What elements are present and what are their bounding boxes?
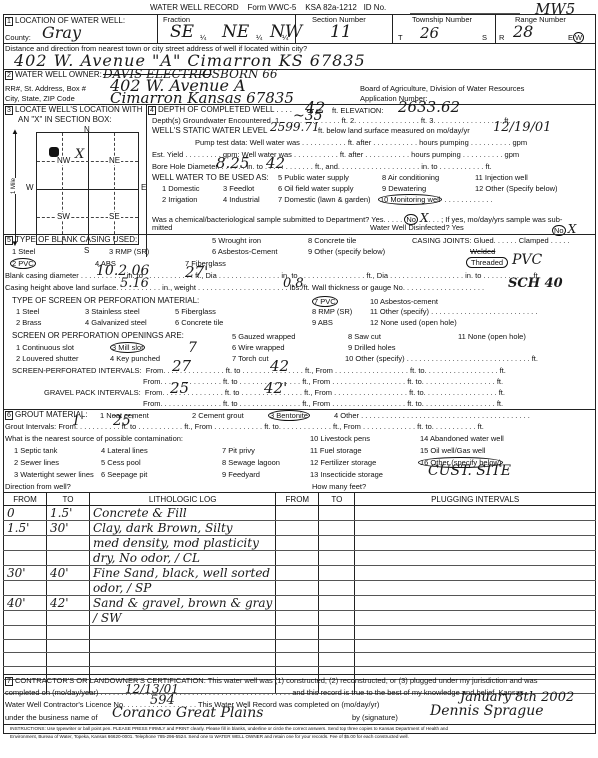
- elevation-field[interactable]: 2633.62: [398, 98, 460, 116]
- col-plug-to: TO: [319, 493, 355, 506]
- bore-row: Bore Hole Diameter. . . . . . . in. to .…: [152, 162, 492, 171]
- screen-intervals-row-2: From. . . . . . . . . . . . . . . ft. to…: [143, 377, 503, 386]
- gravel-to-field[interactable]: 42': [264, 379, 287, 397]
- screen-6[interactable]: 6 Concrete tile: [175, 318, 223, 327]
- disinfected-row: Water Well Disinfected? Yes: [370, 223, 464, 232]
- use-10-selected[interactable]: 10 Monitoring well . . . . . . . . . . .…: [378, 194, 492, 205]
- west-label: W: [26, 183, 34, 192]
- north-label: N: [84, 125, 90, 134]
- log-desc[interactable]: [90, 653, 276, 667]
- static-level-label: WELL'S STATIC WATER LEVEL: [152, 126, 267, 135]
- use-11[interactable]: 11 Injection well: [475, 173, 528, 182]
- plug-interval[interactable]: [355, 626, 596, 640]
- county-field[interactable]: Gray: [42, 23, 81, 42]
- casing-2-selected[interactable]: 2 PVC: [10, 258, 36, 269]
- plug-from[interactable]: [276, 596, 319, 611]
- township-label: Township Number: [412, 15, 472, 24]
- section2-title: 2WATER WELL OWNER:: [5, 70, 102, 80]
- screen-5[interactable]: 5 Fiberglass: [175, 307, 216, 316]
- opening-5[interactable]: 5 Gauzed wrapped: [232, 332, 295, 341]
- plug-interval[interactable]: [355, 551, 596, 566]
- joint-threaded-selected[interactable]: Threaded: [466, 257, 508, 268]
- screen-7-selected[interactable]: 7 PVC: [312, 296, 338, 307]
- board-label: Board of Agriculture, Division of Water …: [360, 84, 524, 93]
- opening-3-selected[interactable]: 3 Mill slot: [110, 342, 145, 353]
- weight-field[interactable]: 0.8: [283, 276, 304, 291]
- log-desc[interactable]: dry, No odor, / CL: [90, 551, 276, 566]
- casing-to-field[interactable]: 27': [185, 263, 208, 281]
- fraction-1[interactable]: SE: [170, 22, 194, 42]
- log-to[interactable]: 30': [47, 521, 90, 536]
- log-desc[interactable]: odor, / SP: [90, 581, 276, 596]
- casing-6[interactable]: 6 Asbestos-Cement: [212, 247, 277, 256]
- log-from[interactable]: [4, 551, 47, 566]
- mitted-label: mitted: [152, 223, 172, 232]
- log-to[interactable]: [47, 611, 90, 626]
- log-desc[interactable]: med density, mod plasticity: [90, 536, 276, 551]
- completed-row: completed on (mo/day/year) . . . . . . .…: [5, 688, 524, 697]
- township-field[interactable]: 26: [420, 24, 439, 42]
- table-row: / SW: [4, 611, 596, 626]
- groundwater-label: Depth(s) Groundwater Encountered 1. . . …: [152, 116, 510, 125]
- instructions-line1: INSTRUCTIONS: Use typewriter or ball poi…: [10, 726, 448, 731]
- sample-row: Was a chemical/bacteriological sample su…: [152, 211, 562, 225]
- screen-from-field[interactable]: 27: [172, 357, 191, 375]
- bore-diameter-field[interactable]: 8.25: [216, 154, 249, 172]
- range-r: R: [499, 33, 504, 42]
- log-desc[interactable]: Concrete & Fill: [90, 506, 276, 521]
- city-label: City, State, ZIP Code: [5, 94, 75, 103]
- quadrant-ne: NE: [108, 156, 121, 165]
- fraction-2[interactable]: NE: [222, 22, 249, 42]
- table-row: [4, 626, 596, 640]
- screen-3[interactable]: 3 Stainless steel: [85, 307, 140, 316]
- opening-10[interactable]: 10 Other (specify) . . . . . . . . . . .…: [345, 354, 538, 363]
- table-row: med density, mod plasticity: [4, 536, 596, 551]
- screen-2[interactable]: 2 Brass: [16, 318, 41, 327]
- opening-6[interactable]: 6 Wire wrapped: [232, 343, 285, 352]
- address-label: RR#, St. Address, Box #: [5, 84, 86, 93]
- screen-1[interactable]: 1 Steel: [16, 307, 39, 316]
- opening-1[interactable]: 1 Continuous slot: [16, 343, 74, 352]
- opening-11[interactable]: 11 None (open hole): [458, 332, 526, 341]
- plug-to[interactable]: [319, 566, 355, 581]
- record-title: WATER WELL RECORD: [150, 3, 239, 12]
- casing-height-row: Casing height above land surface. . . . …: [5, 283, 484, 292]
- source-11[interactable]: 11 Fuel storage: [310, 446, 362, 455]
- annotation-7: 7: [188, 340, 197, 356]
- plug-interval[interactable]: [355, 566, 596, 581]
- plug-from[interactable]: [276, 551, 319, 566]
- plug-from[interactable]: [276, 506, 319, 521]
- pump-test-row: Pump test data: Well water was . . . . .…: [195, 138, 527, 147]
- plug-interval[interactable]: [355, 521, 596, 536]
- screen-intervals-row: SCREEN-PERFORATED INTERVALS: From. . . .…: [12, 366, 506, 375]
- source-14[interactable]: 14 Abandoned water well: [420, 434, 504, 443]
- log-from[interactable]: 0: [4, 506, 47, 521]
- log-to[interactable]: [47, 551, 90, 566]
- plug-from[interactable]: [276, 626, 319, 640]
- direction-label: Direction from well?: [5, 482, 71, 491]
- log-desc[interactable]: Clay, dark Brown, Silty: [90, 521, 276, 536]
- source-1[interactable]: 1 Septic tank: [14, 446, 57, 455]
- screen-11[interactable]: 11 Other (specify) . . . . . . . . . . .…: [370, 307, 537, 316]
- log-to[interactable]: 40': [47, 566, 90, 581]
- plug-to[interactable]: [319, 596, 355, 611]
- plug-interval[interactable]: [355, 596, 596, 611]
- screen-9[interactable]: 9 ABS: [312, 318, 333, 327]
- table-row: odor, / SP: [4, 581, 596, 596]
- log-from[interactable]: 40': [4, 596, 47, 611]
- how-many-feet-label: How many feet?: [312, 482, 366, 491]
- casing-8[interactable]: 8 Concrete tile: [308, 236, 356, 245]
- mile-label: 1 Mile: [11, 178, 17, 194]
- quarter-mark: ¼: [200, 33, 206, 42]
- log-from[interactable]: [4, 626, 47, 640]
- screen-to-field[interactable]: 42: [270, 357, 289, 375]
- well-location-x: X: [75, 147, 84, 162]
- static-date-field[interactable]: 12/19/01: [493, 120, 551, 135]
- col-lithologic-log: LITHOLOGIC LOG: [90, 493, 276, 506]
- plug-interval[interactable]: [355, 639, 596, 653]
- casing-1[interactable]: 1 Steel: [12, 247, 35, 256]
- arrow-up-icon: ▲: [11, 127, 19, 136]
- log-to[interactable]: 1.5': [47, 506, 90, 521]
- grout-2[interactable]: 2 Cement grout: [192, 411, 244, 420]
- plug-to[interactable]: [319, 506, 355, 521]
- casing-3[interactable]: 3 RMP (SR): [109, 247, 149, 256]
- statute: KSA 82a-1212: [305, 3, 357, 12]
- log-to[interactable]: [47, 536, 90, 551]
- south-label: S: [84, 246, 89, 255]
- use-1[interactable]: 1 Domestic: [162, 184, 200, 193]
- log-to[interactable]: [47, 653, 90, 667]
- plug-interval[interactable]: [355, 506, 596, 521]
- log-from[interactable]: [4, 653, 47, 667]
- source-5[interactable]: 5 Cess pool: [101, 458, 141, 467]
- plug-to[interactable]: [319, 581, 355, 596]
- use-8[interactable]: 8 Air conditioning: [382, 173, 439, 182]
- plug-interval[interactable]: [355, 653, 596, 667]
- opening-7[interactable]: 7 Torch cut: [232, 354, 269, 363]
- plug-to[interactable]: [319, 611, 355, 626]
- signature-field[interactable]: Dennis Sprague: [430, 703, 544, 719]
- screen-12[interactable]: 12 None used (open hole): [370, 318, 457, 327]
- plug-from[interactable]: [276, 639, 319, 653]
- log-from[interactable]: 30': [4, 566, 47, 581]
- use-9[interactable]: 9 Dewatering: [382, 184, 426, 193]
- log-from[interactable]: [4, 639, 47, 653]
- gravel-intervals-row-2: From. . . . . . . . . . . . . . . ft. to…: [143, 399, 503, 408]
- plug-to[interactable]: [319, 521, 355, 536]
- other-source-field[interactable]: CUST. SITE: [428, 463, 511, 479]
- quarter-mark: ¼: [282, 33, 288, 42]
- plug-interval[interactable]: [355, 581, 596, 596]
- grout-to-field[interactable]: 25': [113, 413, 135, 429]
- static-level-field[interactable]: 2599.71: [270, 120, 320, 134]
- plug-to[interactable]: [319, 653, 355, 667]
- log-from[interactable]: [4, 536, 47, 551]
- screen-10[interactable]: 10 Asbestos-cement: [370, 297, 438, 306]
- log-desc[interactable]: [90, 639, 276, 653]
- gravel-from-field[interactable]: 25: [170, 379, 189, 397]
- col-to: TO: [47, 493, 90, 506]
- scribble-mark: [49, 147, 59, 157]
- section3-subtitle: AN "X" IN SECTION BOX:: [18, 115, 112, 124]
- range-ew[interactable]: EW: [568, 32, 584, 43]
- table-row: 01.5'Concrete & Fill: [4, 506, 596, 521]
- static-suffix: ft. below land surface measured on mo/da…: [318, 126, 470, 135]
- wall-thickness-field[interactable]: SCH 40: [508, 276, 563, 291]
- plug-interval[interactable]: [355, 611, 596, 626]
- township-t: T: [398, 33, 403, 42]
- source-4[interactable]: 4 Lateral lines: [101, 446, 148, 455]
- log-desc[interactable]: Fine Sand, black, well sorted: [90, 566, 276, 581]
- section3-title: 3LOCATE WELL'S LOCATION WITH: [5, 105, 142, 115]
- source-9[interactable]: 9 Feedyard: [222, 470, 260, 479]
- table-row: 1.5'30'Clay, dark Brown, Silty: [4, 521, 596, 536]
- log-desc[interactable]: [90, 626, 276, 640]
- opening-8[interactable]: 8 Saw cut: [348, 332, 381, 341]
- source-7[interactable]: 7 Pit privy: [222, 446, 255, 455]
- est-yield-row: Est. Yield . . . . . . . . . gpm: Well w…: [152, 150, 519, 159]
- source-2[interactable]: 2 Sewer lines: [14, 458, 59, 467]
- quadrant-sw: SW: [56, 212, 71, 221]
- source-6[interactable]: 6 Seepage pit: [101, 470, 147, 479]
- plug-interval[interactable]: [355, 536, 596, 551]
- plug-to[interactable]: [319, 536, 355, 551]
- opening-9[interactable]: 9 Drilled holes: [348, 343, 396, 352]
- quadrant-nw: NW: [56, 156, 71, 165]
- log-to[interactable]: [47, 639, 90, 653]
- grout-3-selected[interactable]: 3 Bentonite: [268, 410, 310, 421]
- section4-title: 4DEPTH OF COMPLETED WELL . . . .: [148, 105, 292, 115]
- joint-welded[interactable]: Welded: [470, 247, 495, 256]
- source-8[interactable]: 8 Sewage lagoon: [222, 458, 280, 467]
- plug-from[interactable]: [276, 521, 319, 536]
- log-to[interactable]: [47, 626, 90, 640]
- section-field[interactable]: 11: [330, 22, 352, 42]
- contamination-label: What is the nearest source of possible c…: [5, 434, 183, 443]
- section-box-grid[interactable]: NW NE SW SE X: [36, 132, 139, 245]
- source-3[interactable]: 3 Watertight sewer lines: [14, 470, 94, 479]
- casing-diameter-row: Blank casing diameter . . . . . . . . . …: [5, 271, 540, 280]
- joints-row: CASING JOINTS: Glued. . . . . . Clamped …: [412, 236, 570, 245]
- use-4[interactable]: 4 Industrial: [223, 195, 260, 204]
- source-13[interactable]: 13 Insecticide storage: [310, 470, 383, 479]
- log-from[interactable]: [4, 581, 47, 596]
- east-label: E: [141, 183, 146, 192]
- use-12[interactable]: 12 Other (Specify below): [475, 184, 558, 193]
- casing-5[interactable]: 5 Wrought iron: [212, 236, 261, 245]
- col-plug-from: FROM: [276, 493, 319, 506]
- range-field[interactable]: 28: [513, 22, 533, 41]
- source-15[interactable]: 15 Oil well/Gas well: [420, 446, 485, 455]
- log-desc[interactable]: Sand & gravel, brown & gray: [90, 596, 276, 611]
- plug-from[interactable]: [276, 581, 319, 596]
- use-label: WELL WATER TO BE USED AS:: [152, 173, 269, 182]
- plug-from[interactable]: [276, 611, 319, 626]
- use-6[interactable]: 6 Oil field water supply: [278, 184, 353, 193]
- log-from[interactable]: [4, 611, 47, 626]
- form-number: Form WWC-5: [248, 3, 297, 12]
- use-3[interactable]: 3 Feedlot: [223, 184, 254, 193]
- plug-to[interactable]: [319, 551, 355, 566]
- table-row: [4, 639, 596, 653]
- use-7[interactable]: 7 Domestic (lawn & garden): [278, 195, 371, 204]
- col-plugging-intervals: PLUGGING INTERVALS: [355, 493, 596, 506]
- use-5[interactable]: 5 Public water supply: [278, 173, 349, 182]
- log-to[interactable]: 42': [47, 596, 90, 611]
- log-from[interactable]: 1.5': [4, 521, 47, 536]
- lithologic-log-table: FROM TO LITHOLOGIC LOG FROM TO PLUGGING …: [3, 492, 596, 694]
- section7-title: 7CONTRACTOR'S OR LANDOWNER'S CERTIFICATI…: [5, 676, 537, 686]
- plug-to[interactable]: [319, 639, 355, 653]
- log-to[interactable]: [47, 581, 90, 596]
- signature-label: by (signature): [352, 713, 398, 722]
- opening-4[interactable]: 4 Key punched: [110, 354, 160, 363]
- instructions-line2: Environment, Bureau of Water, Topeka, Ka…: [10, 734, 409, 739]
- opening-2[interactable]: 2 Louvered shutter: [16, 354, 79, 363]
- table-row: 40'42'Sand & gravel, brown & gray: [4, 596, 596, 611]
- log-desc[interactable]: / SW: [90, 611, 276, 626]
- quadrant-se: SE: [108, 212, 121, 221]
- plug-from[interactable]: [276, 653, 319, 667]
- bore-to-field[interactable]: 42: [266, 154, 285, 172]
- quarter-mark: ¼: [256, 33, 262, 42]
- id-label: ID No.: [364, 3, 387, 12]
- table-row: [4, 653, 596, 667]
- use-2[interactable]: 2 Irrigation: [162, 195, 197, 204]
- table-row: 30'40'Fine Sand, black, well sorted: [4, 566, 596, 581]
- grout-4[interactable]: 4 Other . . . . . . . . . . . . . . . . …: [334, 411, 530, 420]
- elevation-label: ft. ELEVATION:: [332, 106, 383, 115]
- screen-material-title: TYPE OF SCREEN OR PERFORATION MATERIAL:: [12, 296, 199, 305]
- casing-9[interactable]: 9 Other (specify below): [308, 247, 385, 256]
- screen-8[interactable]: 8 RMP (SR): [312, 307, 352, 316]
- plug-from[interactable]: [276, 566, 319, 581]
- grout-from-field[interactable]: 1': [72, 414, 84, 429]
- plug-from[interactable]: [276, 536, 319, 551]
- openings-title: SCREEN OR PERFORATION OPENINGS ARE:: [12, 331, 184, 340]
- casing-height-field[interactable]: 5.16: [120, 276, 149, 291]
- screen-4[interactable]: 4 Galvanized steel: [85, 318, 147, 327]
- plug-to[interactable]: [319, 626, 355, 640]
- business-name-field[interactable]: Coranco Great Plains: [112, 705, 263, 721]
- form-title: WATER WELL RECORD Form WWC-5 KSA 82a-121…: [150, 3, 386, 12]
- table-row: dry, No odor, / CL: [4, 551, 596, 566]
- source-10[interactable]: 10 Livestock pens: [310, 434, 370, 443]
- business-label: under the business name of: [5, 713, 98, 722]
- section5-title: 5TYPE OF BLANK CASING USED:: [5, 235, 137, 245]
- col-from: FROM: [4, 493, 47, 506]
- township-s: S: [482, 33, 487, 42]
- county-label: County:: [5, 33, 31, 42]
- joint-material-field[interactable]: PVC: [512, 252, 542, 268]
- source-12[interactable]: 12 Fertilizer storage: [310, 458, 376, 467]
